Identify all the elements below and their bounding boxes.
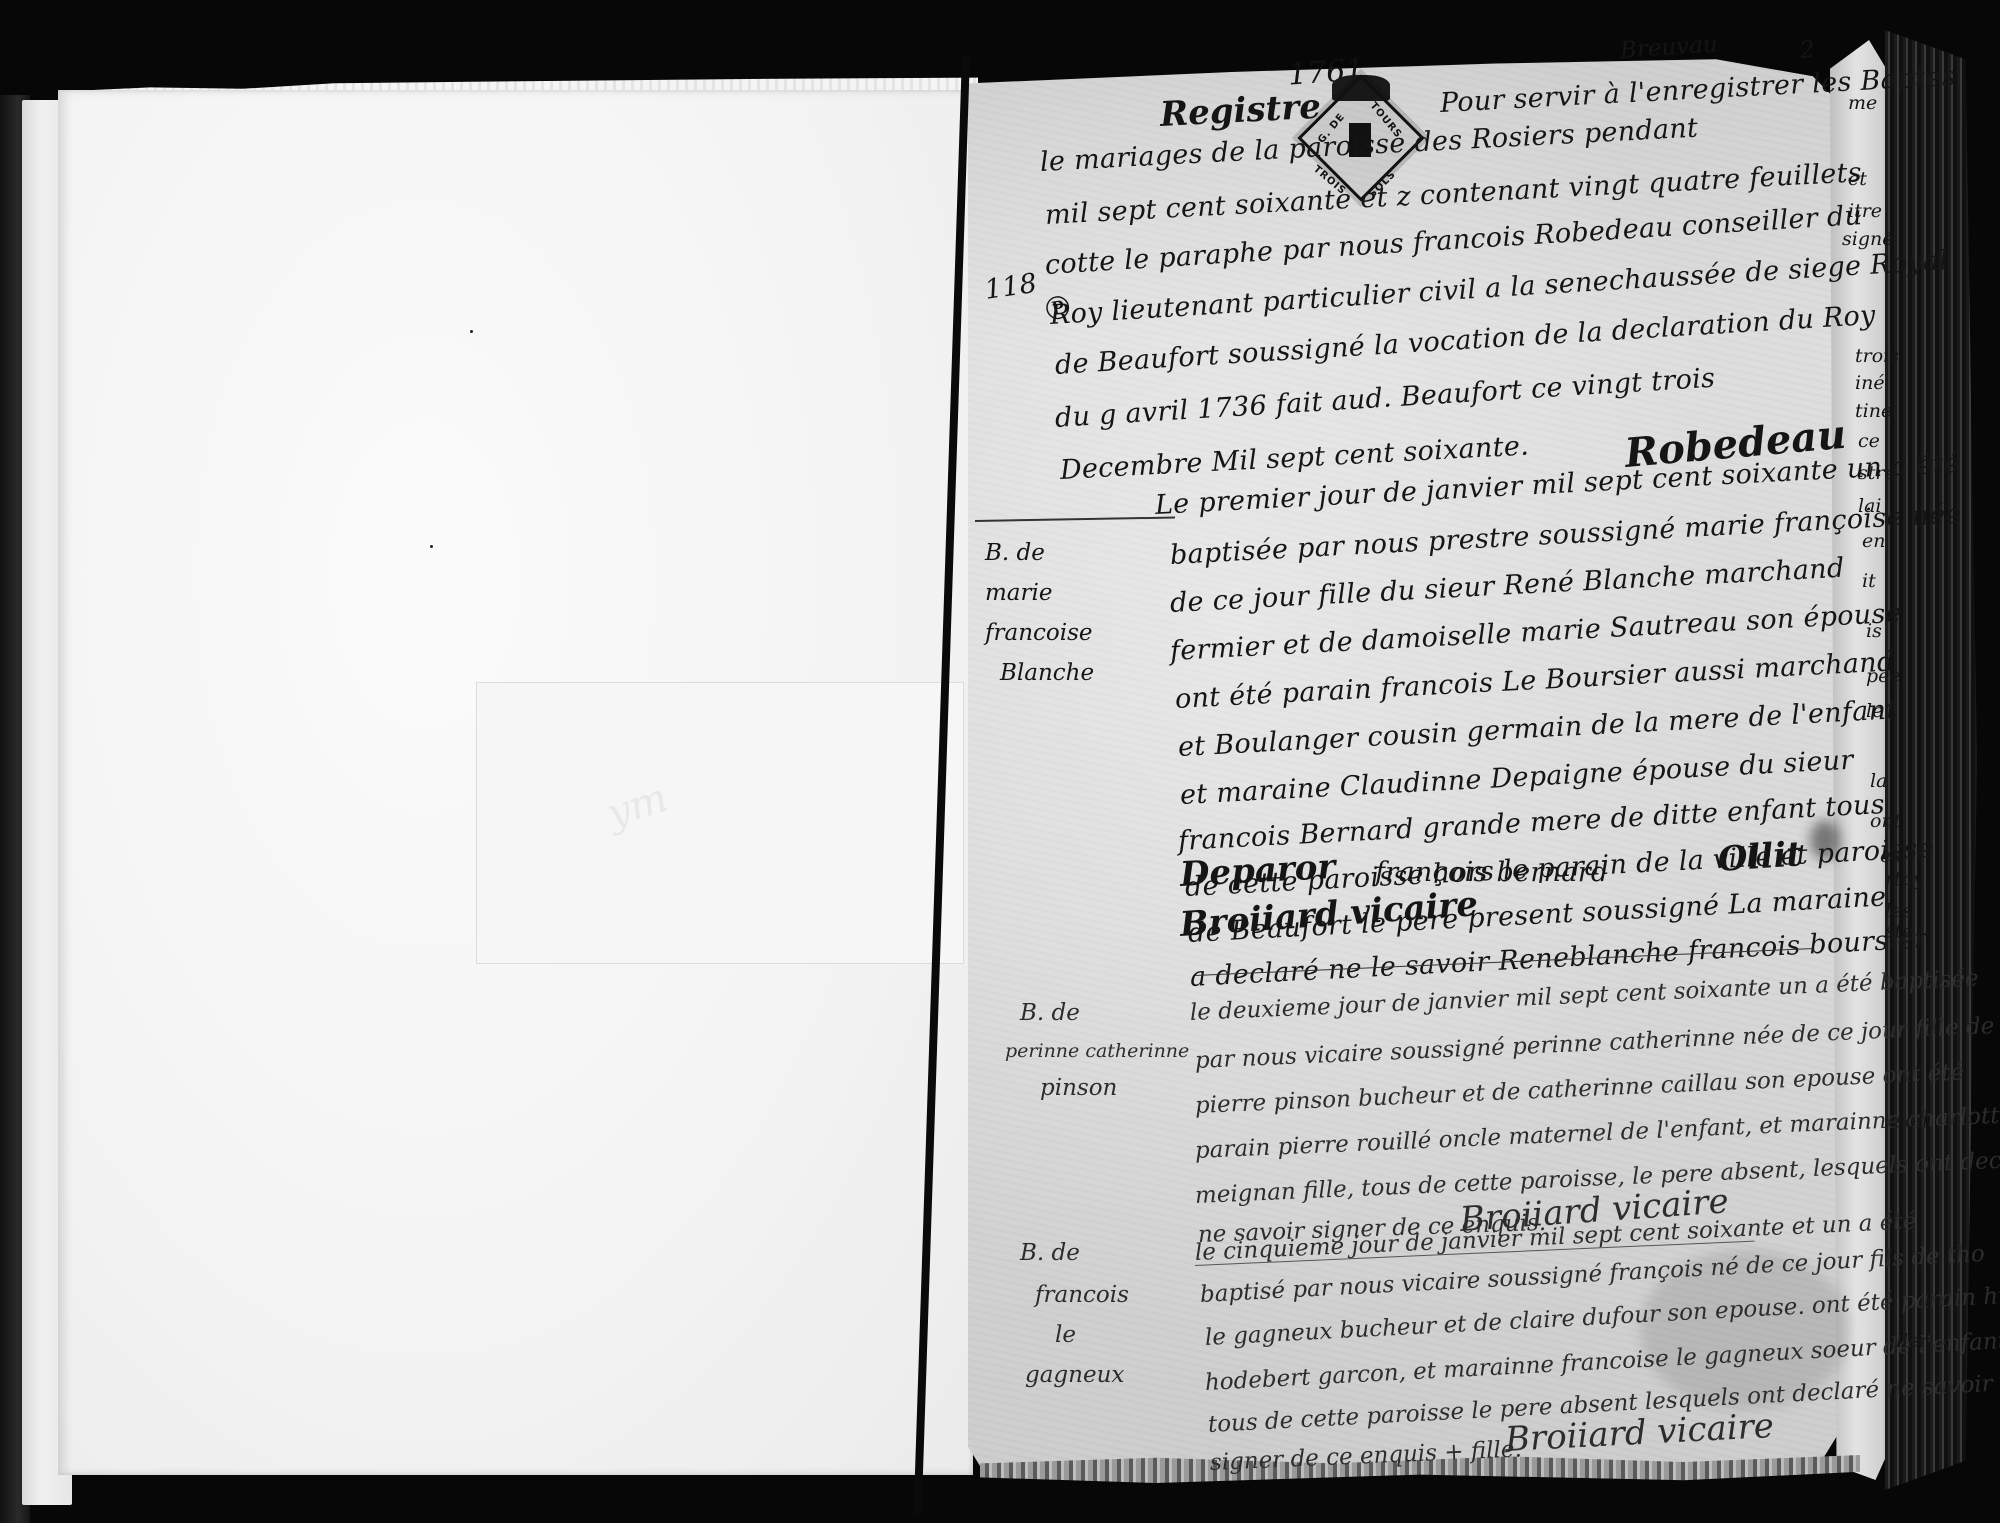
edge-fragment: soit [1895, 1110, 1930, 1132]
pasted-paper-slip: ym [476, 682, 964, 964]
edge-fragment: rtay [1885, 868, 1924, 890]
slip-ghost-writing: ym [601, 775, 673, 837]
entry-3-margin-note: francois [1035, 1282, 1129, 1308]
entry-1-signature: françois bernard [1375, 857, 1608, 888]
edge-fragment: stre [1858, 462, 1896, 484]
entry-1-margin-note: marie [985, 580, 1052, 606]
edge-fragment: is [1866, 620, 1882, 642]
edge-fragment: pee [1866, 665, 1901, 687]
edge-fragment: iller [1890, 1330, 1929, 1352]
ink-speck [430, 545, 433, 548]
entry-1-margin-note: francoise [985, 620, 1093, 646]
edge-fragment: ex [1880, 845, 1902, 867]
entry-2-margin-note: B. de [1020, 1000, 1080, 1026]
edge-fragment: tine [1855, 400, 1892, 422]
entry-1-signature: Ollit [1717, 834, 1804, 880]
edge-fragment: itre [1848, 200, 1882, 222]
entry-3-margin-note: B. de [1020, 1240, 1080, 1266]
ink-speck [470, 330, 473, 333]
edge-fragment: ce [1858, 430, 1880, 452]
edge-fragment: iné [1855, 372, 1885, 394]
edge-fragment: et [1848, 168, 1867, 190]
edge-fragment: ont [1870, 810, 1901, 832]
entry-1-margin-note: B. de [985, 540, 1045, 566]
top-right-mark: Breuvau [1619, 31, 1718, 64]
entry-1-signature: Deparor [1179, 847, 1336, 895]
entry-2-margin-note: pinson [1040, 1075, 1117, 1101]
edge-fragment: lai [1858, 495, 1881, 517]
entry-3-margin-note: le [1055, 1322, 1076, 1348]
edge-fragment: en [1862, 530, 1885, 552]
edge-fragment: ste [1885, 920, 1914, 942]
edge-fragment: trois [1855, 345, 1899, 367]
edge-fragment: la [1870, 770, 1887, 792]
entry-2-margin-note: perinne catherinne [1005, 1040, 1189, 1062]
edge-fragment: signé [1842, 228, 1893, 250]
edge-fragment: it [1862, 570, 1876, 592]
entry-1-margin-note: Blanche [1000, 660, 1094, 686]
edge-fragment: le [1866, 700, 1883, 722]
edge-fragment: me [1848, 92, 1877, 114]
edge-fragment: les [1885, 900, 1912, 922]
page-corner-number: 2 [1799, 37, 1816, 64]
register-title: Registre [1159, 87, 1322, 135]
document-scan: ym 1761 Breuvau 2 G. DE TOURS TROIS SOLS… [0, 0, 2000, 1523]
entry-3-margin-note: gagneux [1025, 1362, 1124, 1388]
